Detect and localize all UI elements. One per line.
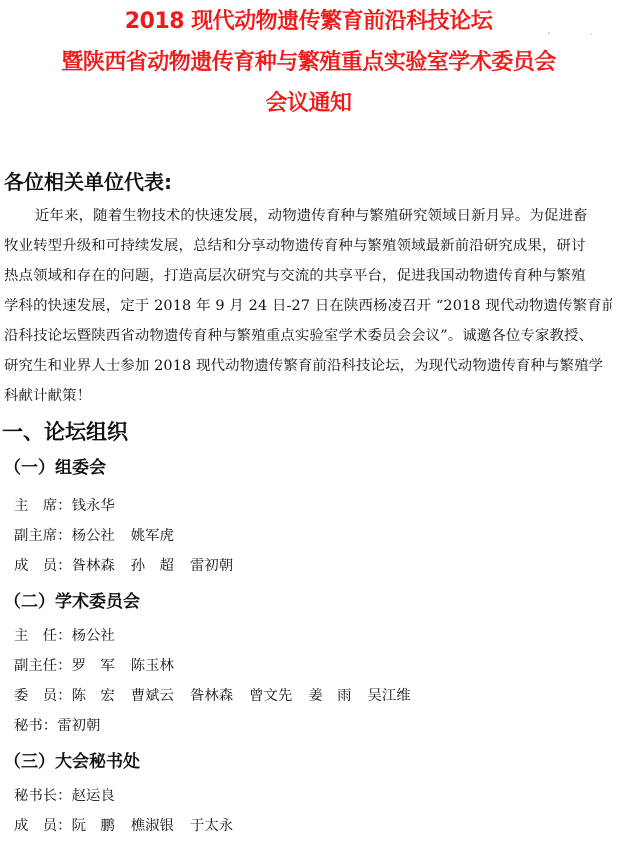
subsection-heading-academic-committee: （二）学术委员会 xyxy=(4,590,140,614)
title-line-2: 暨陕西省动物遗传育种与繁殖重点实验室学术委员会 xyxy=(0,49,617,77)
scan-speck xyxy=(548,32,550,34)
member-row-committee-members: 委 员： 陈 宏 曹斌云 昝林森 曾文先 姜 雨 吴江维 xyxy=(14,686,427,706)
title-line-1: 2018 现代动物遗传繁育前沿科技论坛 xyxy=(0,8,617,36)
member-row-vice-chair: 副主席： 杨公社 姚军虎 xyxy=(14,526,190,546)
member-row-director: 主 任： 杨公社 xyxy=(14,626,131,646)
member-name: 陈玉林 xyxy=(131,656,174,676)
subsection-heading-secretariat: （三）大会秘书处 xyxy=(4,750,140,774)
member-name: 杨公社 xyxy=(72,526,115,546)
member-name: 陈 宏 xyxy=(72,686,115,706)
member-name: 曹斌云 xyxy=(131,686,174,706)
paragraph-line: 牧业转型升级和可持续发展，总结和分享动物遗传育种与繁殖领域最新前沿研究成果，研讨 xyxy=(4,236,612,256)
role-label: 秘书长： xyxy=(14,786,72,806)
member-name: 杨公社 xyxy=(72,626,115,646)
member-name: 姜 雨 xyxy=(308,686,351,706)
member-name: 赵运良 xyxy=(72,786,115,806)
member-row-secretary: 秘书： 雷初朝 xyxy=(14,716,116,736)
member-name: 罗 军 xyxy=(72,656,115,676)
role-label: 成 员： xyxy=(14,816,72,836)
paragraph-line: 近年来，随着生物技术的快速发展，动物遗传育种与繁殖研究领域日新月异。为促进畜 xyxy=(35,206,613,226)
role-label: 副主席： xyxy=(14,526,72,546)
role-label: 成 员： xyxy=(14,556,72,576)
role-label: 委 员： xyxy=(14,686,72,706)
paragraph-line: 沿科技论坛暨陕西省动物遗传育种与繁殖重点实验室学术委员会会议”。诚邀各位专家教授… xyxy=(4,326,612,346)
paragraph-line: 研究生和业界人士参加 2018 现代动物遗传繁育前沿科技论坛，为现代动物遗传育种… xyxy=(4,356,612,376)
member-name: 曾文先 xyxy=(249,686,292,706)
scan-speck xyxy=(590,33,592,35)
member-name: 昝林森 xyxy=(72,556,115,576)
member-name: 于太永 xyxy=(190,816,233,836)
member-name: 阮 鹏 xyxy=(72,816,115,836)
member-row-secretariat-members: 成 员： 阮 鹏 樵淑银 于太永 xyxy=(14,816,249,836)
title-line-3: 会议通知 xyxy=(0,90,617,118)
role-label: 主 任： xyxy=(14,626,72,646)
paragraph-line: 科献计献策！ xyxy=(4,386,612,406)
role-label: 秘书： xyxy=(14,716,57,736)
subsection-heading-organizing-committee: （一）组委会 xyxy=(4,456,106,480)
member-name: 钱永华 xyxy=(72,496,115,516)
role-label: 副主任： xyxy=(14,656,72,676)
member-row-chair: 主 席： 钱永华 xyxy=(14,496,131,516)
section-heading-forum-organization: 一、论坛组织 xyxy=(2,418,128,446)
member-name: 吴江维 xyxy=(368,686,411,706)
role-label: 主 席： xyxy=(14,496,72,516)
member-name: 雷初朝 xyxy=(190,556,233,576)
paragraph-line: 学科的快速发展，定于 2018 年 9 月 24 日-27 日在陕西杨凌召开 “… xyxy=(4,296,612,316)
member-name: 樵淑银 xyxy=(131,816,174,836)
member-name: 孙 超 xyxy=(131,556,174,576)
member-row-vice-director: 副主任： 罗 军 陈玉林 xyxy=(14,656,190,676)
member-name: 姚军虎 xyxy=(131,526,174,546)
member-name: 雷初朝 xyxy=(57,716,100,736)
salutation-heading: 各位相关单位代表: xyxy=(4,168,172,196)
member-row-members: 成 员： 昝林森 孙 超 雷初朝 xyxy=(14,556,249,576)
paragraph-line: 热点领域和存在的问题，打造高层次研究与交流的共享平台，促进我国动物遗传育种与繁殖 xyxy=(4,266,612,286)
member-row-secretary-general: 秘书长： 赵运良 xyxy=(14,786,131,806)
member-name: 昝林森 xyxy=(190,686,233,706)
